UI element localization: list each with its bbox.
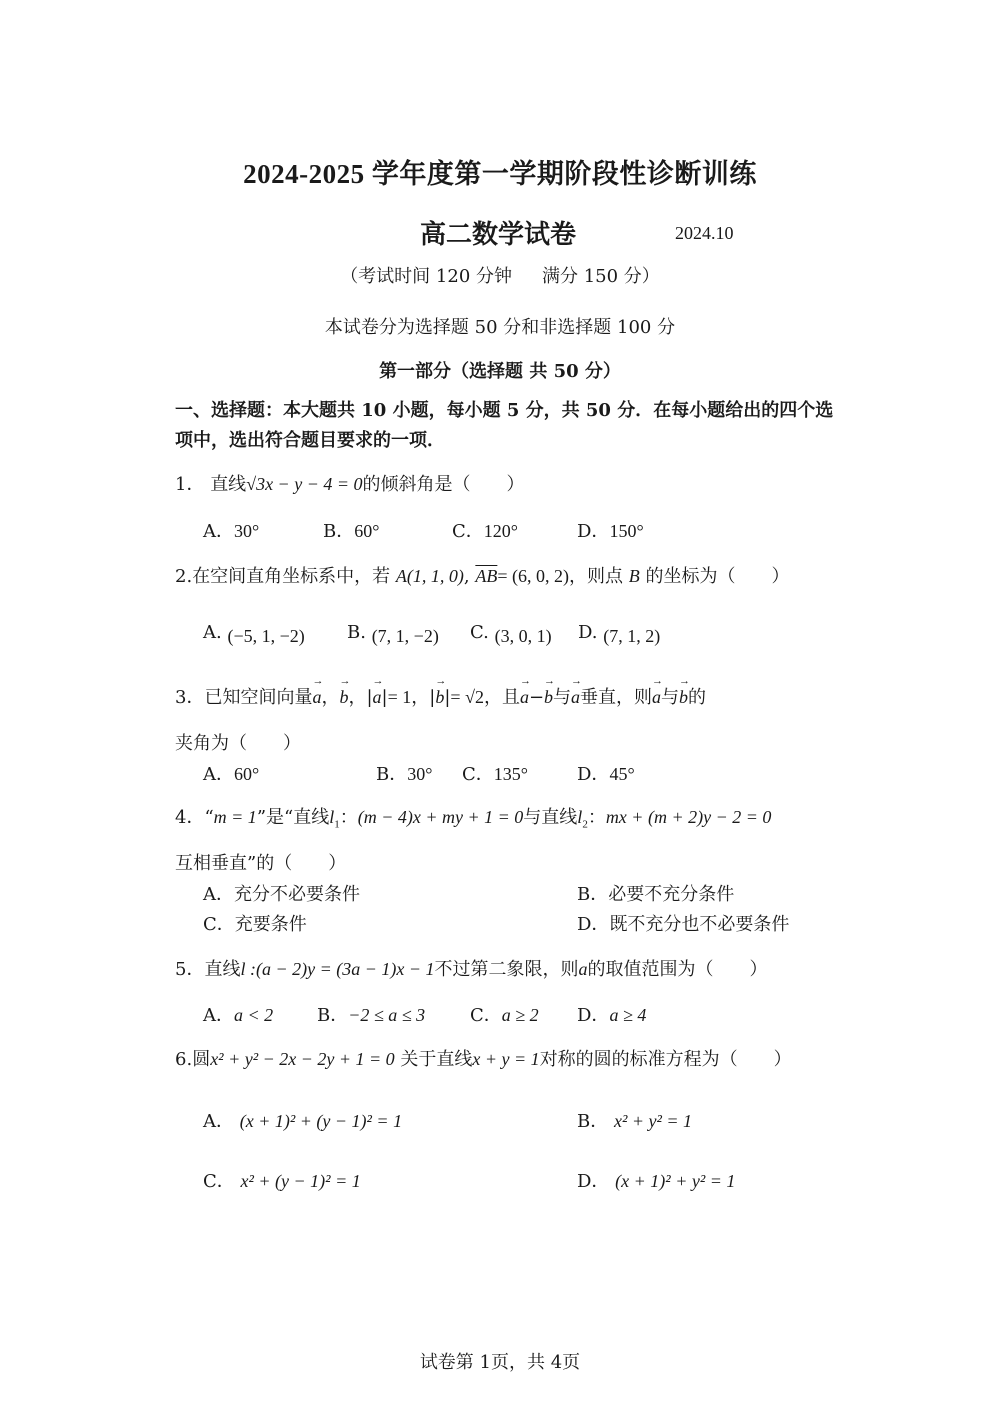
question-text: 的倾斜角是（ ） [362, 474, 524, 495]
q4-option-c[interactable]: C．充要条件 [203, 910, 307, 936]
quote: “ [204, 807, 213, 828]
option-label: A． [203, 1111, 234, 1132]
section-instructions: 一、选择题：本大题共 10 小题，每小题 5 分，共 50 分．在每小题给出的四… [175, 396, 835, 456]
option-text: 30° [407, 764, 432, 784]
option-label: A． [203, 1005, 234, 1026]
vector-b: b [339, 687, 348, 708]
part-title: 第一部分（选择题 共 50 分） [0, 357, 1000, 383]
question-4-line-2: 互相垂直”的（ ） [175, 849, 346, 875]
option-label: C. [470, 622, 489, 643]
full-score: 满分 150 分） [542, 266, 660, 287]
option-text: (7, 1, −2) [372, 626, 439, 646]
exam-title: 2024-2025 学年度第一学期阶段性诊断训练 [0, 152, 1000, 191]
vector-a: a [652, 687, 661, 708]
option-label: C． [470, 1005, 502, 1026]
question-3-line-2: 夹角为（ ） [175, 729, 301, 755]
q6-option-d[interactable]: D． (x + 1)² + y² = 1 [577, 1167, 735, 1193]
q1-option-a[interactable]: A．30° [203, 517, 259, 543]
point-b: B [629, 566, 640, 586]
minus: − [529, 687, 544, 708]
q2-option-b[interactable]: B. (7, 1, −2) [347, 622, 439, 643]
option-label: D． [577, 914, 609, 935]
option-label: D． [577, 521, 609, 542]
option-label: C． [203, 914, 235, 935]
punct: ， [321, 687, 339, 708]
q4-option-a[interactable]: A．充分不必要条件 [203, 880, 360, 906]
q1-option-d[interactable]: D．150° [577, 517, 644, 543]
option-label: B． [577, 1111, 608, 1132]
question-text: 直线 [204, 959, 240, 980]
vector-a: a [373, 687, 382, 708]
option-text: 60° [354, 521, 379, 541]
exam-subtitle: 高二数学试卷 [420, 214, 576, 251]
punct: ： [588, 807, 606, 828]
question-3: 3．已知空间向量a，b，|a|= 1，|b|= √2，且a−b与a垂直，则a与b… [175, 683, 706, 709]
option-text: a ≥ 4 [609, 1005, 646, 1025]
q3-option-c[interactable]: C．135° [462, 760, 528, 786]
option-text: 充要条件 [235, 914, 307, 935]
question-text: 与 [661, 687, 679, 708]
symmetry-line: x + y = 1 [472, 1049, 539, 1069]
option-label: A． [203, 884, 234, 905]
option-label: B. [347, 622, 366, 643]
option-label: C． [452, 521, 484, 542]
option-text: a ≥ 2 [502, 1005, 539, 1025]
option-text: (7, 1, 2) [603, 626, 660, 646]
option-text: 既不充分也不必要条件 [609, 914, 789, 935]
q5-option-b[interactable]: B．−2 ≤ a ≤ 3 [317, 1001, 425, 1027]
question-text: 与 [553, 687, 571, 708]
option-label: D． [577, 1171, 609, 1192]
option-label: B． [577, 884, 608, 905]
question-number: 1． [175, 474, 204, 495]
punct: ： [340, 807, 358, 828]
option-text: 60° [234, 764, 259, 784]
punct: ， [348, 687, 366, 708]
q5-option-d[interactable]: D．a ≥ 4 [577, 1001, 646, 1027]
question-1: 1． 直线√3x − y − 4 = 0的倾斜角是（ ） [175, 470, 524, 496]
option-text: (x + 1)² + y² = 1 [615, 1171, 735, 1191]
equation-l1: (m − 4)x + my + 1 = 0 [358, 807, 524, 827]
option-label: D． [577, 1005, 609, 1026]
vector-a: a [520, 687, 529, 708]
q6-option-a[interactable]: A． (x + 1)² + (y − 1)² = 1 [203, 1107, 402, 1133]
vector-b: b [435, 687, 444, 708]
q5-option-a[interactable]: A．a < 2 [203, 1001, 273, 1027]
q2-option-a[interactable]: A. (−5, 1, −2) [203, 622, 305, 643]
question-2: 2.在空间直角坐标系中，若 A(1, 1, 0), AB= (6, 0, 2)，… [175, 562, 789, 588]
question-text: ，且 [484, 687, 520, 708]
score-split: 本试卷分为选择题 50 分和非选择题 100 分 [0, 313, 1000, 339]
question-number: 4． [175, 807, 204, 828]
q4-option-d[interactable]: D．既不充分也不必要条件 [577, 910, 789, 936]
question-4: 4．“m = 1”是“直线l1：(m − 4)x + my + 1 = 0与直线… [175, 803, 771, 831]
norm-a-value: = 1 [388, 687, 412, 707]
q6-option-c[interactable]: C． x² + (y − 1)² = 1 [203, 1167, 361, 1193]
option-text: (x + 1)² + (y − 1)² = 1 [240, 1111, 402, 1131]
q2-option-d[interactable]: D. (7, 1, 2) [578, 622, 660, 643]
question-text: 与直线 [523, 807, 577, 828]
question-text: 的取值范围为（ ） [588, 959, 768, 980]
exam-date: 2024.10 [675, 223, 734, 244]
question-text: 不过第二象限，则 [435, 959, 579, 980]
q4-option-b[interactable]: B．必要不充分条件 [577, 880, 734, 906]
vector-b: b [679, 687, 688, 708]
circle-equation: x² + y² − 2x − 2y + 1 = 0 [210, 1049, 394, 1069]
exam-time: （考试时间 120 分钟 [340, 266, 512, 287]
option-text: (−5, 1, −2) [227, 626, 304, 646]
question-text: ”是“直线 [257, 807, 329, 828]
question-6: 6.圆x² + y² − 2x − 2y + 1 = 0 关于直线x + y =… [175, 1045, 792, 1071]
question-text: 的坐标为（ ） [645, 566, 789, 587]
q3-option-d[interactable]: D．45° [577, 760, 635, 786]
variable-a: a [579, 959, 588, 979]
question-text: ，则点 [569, 566, 623, 587]
option-text: 30° [234, 521, 259, 541]
question-text: 圆 [192, 1049, 210, 1070]
question-number: 2. [175, 566, 192, 587]
option-label: D． [577, 764, 609, 785]
q2-option-c[interactable]: C. (3, 0, 1) [470, 622, 552, 643]
option-label: A． [203, 521, 234, 542]
vector-a: a [571, 687, 580, 708]
vector-b: b [544, 687, 553, 708]
option-text: (3, 0, 1) [495, 626, 552, 646]
option-text: −2 ≤ a ≤ 3 [348, 1005, 425, 1025]
option-label: A. [203, 622, 222, 643]
option-text: 135° [494, 764, 528, 784]
page-footer: 试卷第 1页，共 4页 [0, 1348, 1000, 1374]
exam-info: （考试时间 120 分钟满分 150 分） [0, 262, 1000, 288]
q3-option-a[interactable]: A．60° [203, 760, 259, 786]
option-text: x² + y² = 1 [614, 1111, 692, 1131]
option-text: 120° [484, 521, 518, 541]
option-text: 150° [609, 521, 643, 541]
option-label: B． [376, 764, 407, 785]
question-text: 关于直线 [400, 1049, 472, 1070]
option-text: 必要不充分条件 [608, 884, 734, 905]
punct: ， [411, 687, 429, 708]
condition: m = 1 [214, 807, 257, 827]
equation-l2: mx + (m + 2)y − 2 = 0 [606, 807, 772, 827]
option-label: B． [317, 1005, 348, 1026]
question-text: 的 [688, 687, 706, 708]
question-text: 已知空间向量 [204, 687, 312, 708]
q3-option-b[interactable]: B．30° [376, 760, 432, 786]
q1-option-c[interactable]: C．120° [452, 517, 518, 543]
option-label: C． [203, 1171, 235, 1192]
q5-option-c[interactable]: C．a ≥ 2 [470, 1001, 539, 1027]
option-label: C． [462, 764, 494, 785]
math-expression: √3x − y − 4 = 0 [246, 474, 362, 494]
q6-option-b[interactable]: B． x² + y² = 1 [577, 1107, 692, 1133]
question-text: 对称的圆的标准方程为（ ） [540, 1049, 792, 1070]
option-text: x² + (y − 1)² = 1 [241, 1171, 361, 1191]
option-text: 充分不必要条件 [234, 884, 360, 905]
q1-option-b[interactable]: B．60° [323, 517, 379, 543]
option-text: a < 2 [234, 1005, 273, 1025]
line-equation: l :(a − 2)y = (3a − 1)x − 1 [240, 959, 434, 979]
question-number: 3． [175, 687, 204, 708]
question-text: 垂直，则 [580, 687, 652, 708]
question-number: 6. [175, 1049, 192, 1070]
option-text: 45° [609, 764, 634, 784]
question-text: 直线 [210, 474, 246, 495]
question-number: 5． [175, 959, 204, 980]
option-label: B． [323, 521, 354, 542]
vector-ab: AB [475, 566, 497, 586]
vector-value: = (6, 0, 2) [497, 566, 569, 586]
point-a: A(1, 1, 0) [396, 566, 464, 586]
question-text: 在空间直角坐标系中，若 [192, 566, 390, 587]
option-label: A． [203, 764, 234, 785]
option-label: D. [578, 622, 598, 643]
question-5: 5．直线l :(a − 2)y = (3a − 1)x − 1不过第二象限，则a… [175, 955, 768, 981]
vector-a: a [312, 687, 321, 708]
norm-b-value: = √2 [450, 687, 484, 707]
